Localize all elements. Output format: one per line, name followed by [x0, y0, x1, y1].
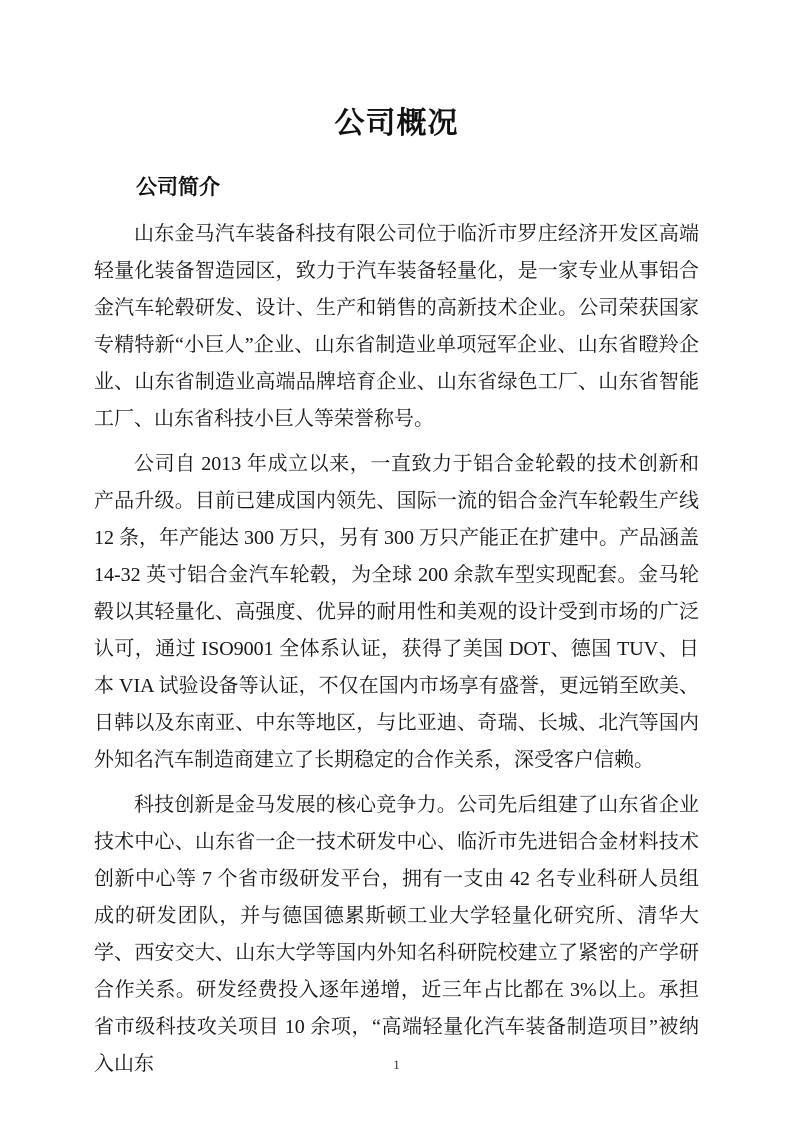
section-heading-company-intro: 公司简介: [94, 176, 699, 200]
page-number: 1: [0, 1056, 793, 1074]
paragraph-technology-innovation: 科技创新是金马发展的核心竞争力。公司先后组建了山东省企业技术中心、山东省一企一技…: [94, 787, 699, 1083]
paragraph-company-overview: 山东金马汽车装备科技有限公司位于临沂市罗庄经济开发区高端轻量化装备智造园区，致力…: [94, 216, 699, 438]
document-title: 公司概况: [94, 100, 699, 148]
document-page: 公司概况 公司简介 山东金马汽车装备科技有限公司位于临沂市罗庄经济开发区高端轻量…: [0, 0, 793, 1122]
paragraph-production-capacity: 公司自 2013 年成立以来，一直致力于铝合金轮毂的技术创新和产品升级。目前已建…: [94, 446, 699, 779]
document-content: 公司概况 公司简介 山东金马汽车装备科技有限公司位于临沂市罗庄经济开发区高端轻量…: [94, 100, 699, 1083]
